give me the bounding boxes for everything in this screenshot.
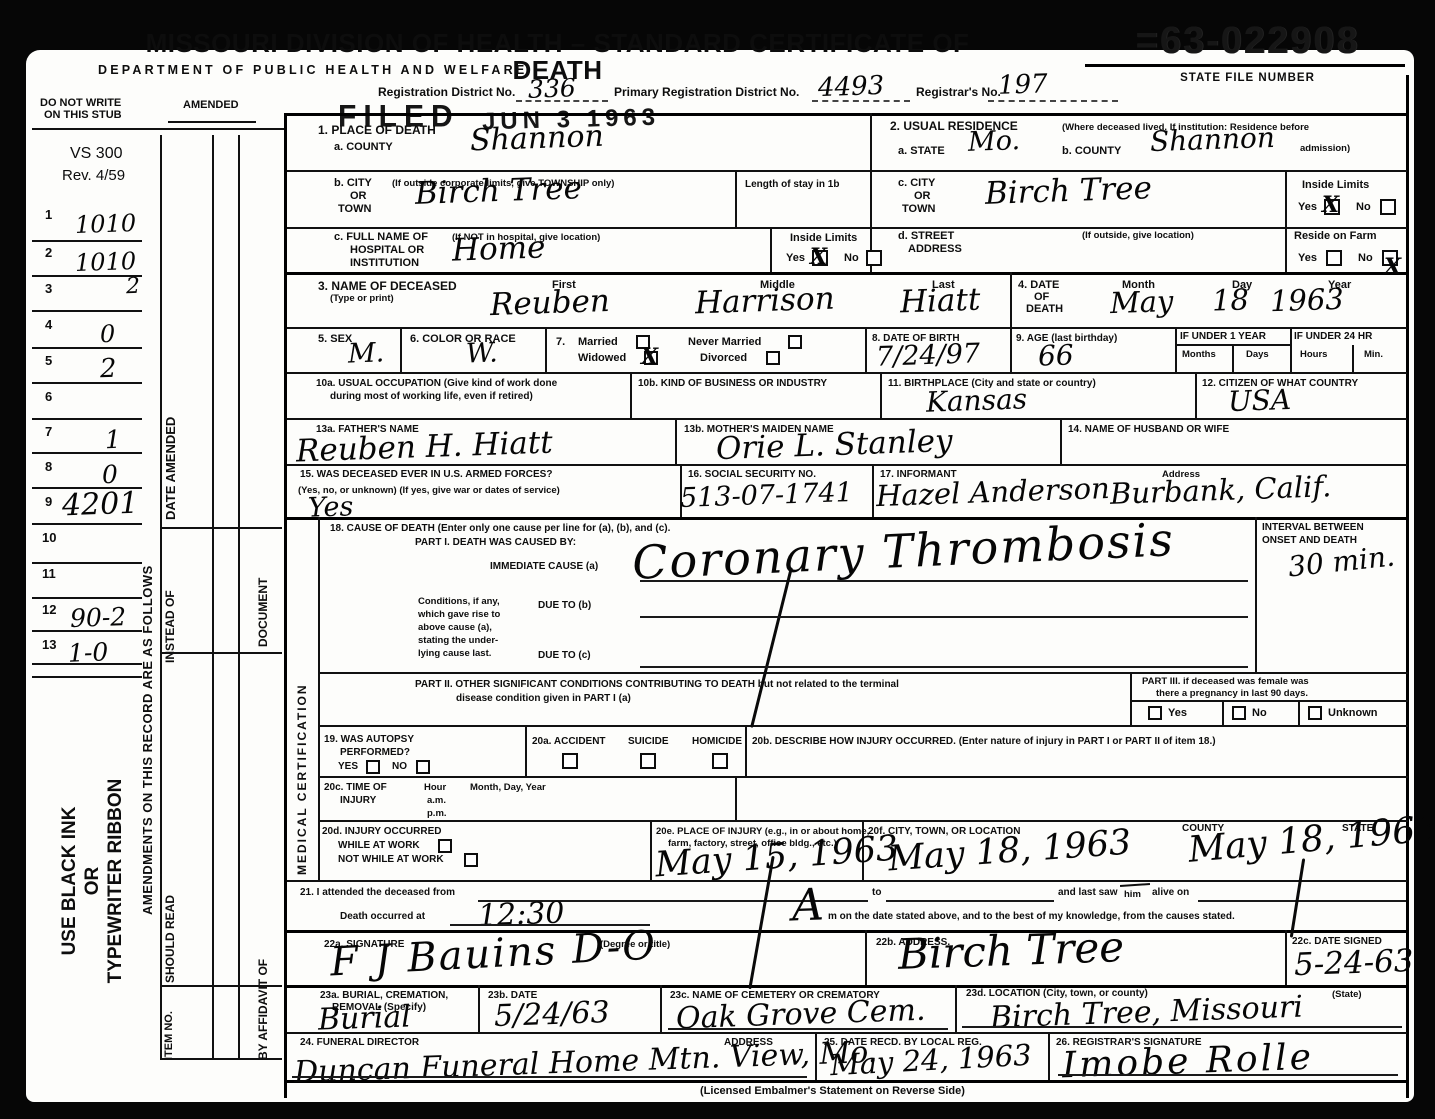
medical-certification-vertical: MEDICAL CERTIFICATION — [295, 545, 309, 875]
field-14-label: 14. NAME OF HUSBAND OR WIFE — [1068, 425, 1229, 436]
inside-limits-2-no-checkbox[interactable] — [1380, 199, 1396, 215]
autopsy-no-checkbox[interactable] — [416, 760, 430, 774]
field-21-last-saw: and last saw — [1058, 888, 1117, 899]
state-file-number: =63-022908 — [1090, 20, 1405, 63]
stub-col-line — [238, 135, 240, 1060]
form-cell-line — [1175, 327, 1177, 372]
field-21-attended-label: 21. I attended the deceased from — [300, 888, 455, 899]
accident-checkbox[interactable] — [562, 753, 578, 769]
field-7-never: Never Married — [688, 337, 761, 349]
field-15-value: Yes — [308, 493, 354, 522]
form-line — [287, 464, 1407, 466]
reside-on-farm-no-mark: X — [1384, 256, 1401, 278]
field-24-label: 24. FUNERAL DIRECTOR — [300, 1038, 419, 1049]
field-19-label2: PERFORMED? — [340, 748, 410, 759]
conditions-note2: which gave rise to — [418, 610, 500, 620]
field-23a-value: Burial — [318, 1002, 412, 1035]
field-3-note: (Type or print) — [330, 294, 394, 304]
field-13b-value: Orie L. Stanley — [716, 426, 954, 465]
reside-on-farm-yes-checkbox[interactable] — [1326, 250, 1342, 266]
not-while-at-work-label: NOT WHILE AT WORK — [338, 855, 444, 866]
field-19-label1: 19. WAS AUTOPSY — [324, 735, 414, 746]
death-suffix: m on the date stated above, and to the b… — [828, 912, 1235, 923]
form-line — [287, 170, 1407, 172]
field-1b-label: b. CITY — [334, 178, 372, 190]
form-cell-line — [1130, 700, 1408, 702]
stub-row-no: 4 — [45, 318, 52, 332]
inside-limits-1-yes-mark: X — [810, 246, 827, 268]
form-cell-line — [1175, 344, 1290, 346]
inside-limits-2-yes-mark: X — [1322, 194, 1339, 216]
form-line — [284, 113, 1409, 116]
form-cell-line — [1130, 672, 1132, 725]
department-subtitle: DEPARTMENT OF PUBLIC HEALTH AND WELFARE — [98, 64, 527, 77]
field-1-label: 1. PLACE OF DEATH — [318, 124, 436, 137]
form-cell-line — [955, 985, 957, 1032]
field-2a-value: Mo. — [968, 127, 1021, 156]
stub-row-value: 0 — [100, 322, 116, 347]
homicide-label: HOMICIDE — [692, 737, 742, 748]
form-cell-line — [1222, 700, 1224, 725]
inside-limits-1-label: Inside Limits — [790, 233, 857, 245]
form-cell-line — [880, 372, 882, 418]
conditions-note3: above cause (a), — [418, 623, 492, 633]
field-1a-label: a. COUNTY — [334, 142, 393, 154]
due-to-c-label: DUE TO (c) — [538, 651, 591, 662]
autopsy-yes-label: YES — [338, 762, 358, 773]
death-am-value: A — [791, 883, 824, 928]
stub-revision: Rev. 4/59 — [62, 168, 125, 184]
stub-table-line — [160, 527, 282, 529]
form-line — [318, 672, 1408, 674]
field-2d-label2: ADDRESS — [908, 244, 962, 256]
stub-row-line — [32, 630, 142, 632]
form-line — [287, 227, 1407, 229]
stub-row-no: 11 — [42, 567, 56, 581]
if-under-24hr-label: IF UNDER 24 HR — [1294, 332, 1372, 343]
form-cell-line — [1195, 372, 1197, 418]
field-1b-value: Birch Tree — [415, 173, 583, 210]
month-day-year-label: Month, Day, Year — [470, 783, 546, 793]
registrar-no-value: 197 — [998, 71, 1049, 99]
field-15-label: 15. WAS DECEASED EVER IN U.S. ARMED FORC… — [300, 470, 552, 481]
never-married-checkbox[interactable] — [788, 335, 802, 349]
stub-row-line — [32, 562, 142, 564]
registration-district-label: Registration District No. — [378, 86, 515, 99]
stub-row-line — [32, 240, 142, 242]
inside-limits-2-label: Inside Limits — [1302, 180, 1369, 192]
stub-row-value: 0 — [102, 462, 119, 488]
divorced-checkbox[interactable] — [766, 351, 780, 365]
stub-date-amended-vertical: DATE AMENDED — [163, 150, 178, 520]
form-cell-line — [1255, 517, 1257, 672]
stub-do-not-write-2: ON THIS STUB — [44, 110, 122, 122]
stub-row-value: 4201 — [61, 489, 138, 522]
stub-row-no: 5 — [45, 354, 52, 368]
field-9-value: 66 — [1038, 341, 1075, 370]
conditions-note1: Conditions, if any, — [418, 597, 500, 607]
pregnancy-no-checkbox[interactable] — [1232, 706, 1246, 720]
if-under-1-year-label: IF UNDER 1 YEAR — [1180, 332, 1266, 343]
field-2c-label: c. CITY — [898, 178, 935, 190]
pregnancy-unknown-checkbox[interactable] — [1308, 706, 1322, 720]
stub-row-line — [32, 418, 142, 420]
immediate-cause-label: IMMEDIATE CAUSE (a) — [490, 562, 598, 573]
stub-row-no: 7 — [45, 425, 52, 439]
field-7-label: 7. — [556, 337, 565, 349]
death-occurred-label: Death occurred at — [340, 912, 425, 923]
hour-label: Hour — [424, 783, 446, 793]
stub-row-value: 1 — [105, 427, 122, 453]
stub-instead-of-vertical: INSTEAD OF — [163, 578, 177, 663]
form-cell-line — [675, 418, 677, 464]
stub-table-line — [160, 652, 282, 654]
attended-line3 — [1198, 900, 1406, 902]
field-5-value: M. — [348, 339, 385, 367]
form-cell-line — [630, 372, 632, 418]
form-cell-line — [745, 725, 747, 776]
inside-limits-1-yes: Yes — [786, 253, 805, 265]
homicide-checkbox[interactable] — [712, 753, 728, 769]
stub-row-line — [32, 676, 142, 678]
field-2-note2: admission) — [1300, 144, 1350, 154]
form-cell-line — [770, 227, 772, 272]
field-3-label: 3. NAME OF DECEASED — [318, 280, 457, 293]
stub-row-no: 6 — [45, 390, 52, 404]
degree-or-title-label: (Degree or title) — [600, 940, 670, 950]
form-cell-line — [1048, 1032, 1050, 1080]
field-4-year-value: 1963 — [1270, 285, 1345, 317]
form-cell-line — [1010, 272, 1012, 372]
form-cell-line — [735, 170, 737, 227]
state-note-label: (State) — [1332, 990, 1362, 1000]
stub-row-value: 1-0 — [68, 639, 109, 665]
form-cell-line — [1352, 345, 1354, 372]
funeral-director-line — [292, 1076, 807, 1078]
stub-row-no: 1 — [45, 208, 52, 222]
conditions-note4: stating the under- — [418, 636, 498, 646]
field-2c-or: OR — [914, 191, 931, 203]
stub-row-no: 3 — [45, 282, 52, 296]
stub-row-value: 1010 — [75, 249, 137, 275]
field-21-alive-on: alive on — [1152, 888, 1189, 899]
field-21-him: him — [1124, 890, 1141, 900]
min-label: Min. — [1364, 350, 1383, 360]
stub-do-not-write-1: DO NOT WRITE — [40, 98, 121, 110]
form-cell-line — [1060, 418, 1062, 464]
form-cell-line — [545, 327, 547, 372]
stub-row-no: 2 — [45, 246, 52, 260]
form-line — [284, 272, 1409, 275]
stub-col-line — [160, 135, 162, 1060]
field-18-label: 18. CAUSE OF DEATH (Enter only one cause… — [330, 524, 670, 535]
primary-district-value: 4493 — [818, 73, 885, 101]
while-at-work-checkbox[interactable] — [438, 839, 452, 853]
primary-district-label: Primary Registration District No. — [614, 86, 799, 99]
stub-by-affidavit-vertical: BY AFFIDAVIT OF — [256, 928, 270, 1060]
field-1c-label: c. FULL NAME OF — [334, 232, 428, 244]
field-2c-town: TOWN — [902, 204, 935, 216]
days-label: Days — [1246, 350, 1269, 360]
field-2a-label: a. STATE — [898, 146, 945, 158]
stub-row-no: 13 — [42, 638, 56, 652]
field-17-name: Hazel Anderson — [876, 474, 1111, 511]
field-1b-or: OR — [350, 191, 367, 203]
part3-label2: there a pregnancy in last 90 days. — [1156, 689, 1308, 699]
field-2d-label: d. STREET — [898, 231, 954, 243]
stub-row-line — [32, 382, 142, 384]
form-cell-line — [872, 464, 874, 517]
stub-form-no: VS 300 — [70, 146, 122, 163]
field-12-value: USA — [1228, 386, 1292, 416]
stub-amended-underline — [168, 121, 256, 123]
use-black-ink-line2: OR — [82, 867, 103, 896]
part3-label1: PART III. if deceased was female was — [1142, 677, 1309, 687]
form-cell-line — [660, 985, 662, 1032]
form-cell-line — [865, 327, 867, 372]
field-20b-label: 20b. DESCRIBE HOW INJURY OCCURRED. (Ente… — [752, 737, 1216, 748]
field-8-value: 7/24/97 — [876, 340, 981, 371]
stub-row-line — [32, 663, 142, 665]
field-22b-value: Birch Tree — [897, 926, 1124, 976]
field-7-widowed: Widowed — [578, 353, 626, 365]
form-line — [287, 880, 1407, 882]
field-1a-value: Shannon — [470, 122, 605, 157]
stub-row-no: 10 — [42, 531, 56, 545]
form-line — [284, 985, 1409, 988]
field-23b-value: 5/24/63 — [494, 998, 611, 1032]
field-11-value: Kansas — [926, 385, 1028, 417]
suicide-checkbox[interactable] — [640, 753, 656, 769]
inside-limits-1-no: No — [844, 253, 859, 265]
field-3-last-value: Hiatt — [899, 285, 980, 319]
field-1b-town: TOWN — [338, 204, 371, 216]
form-line — [287, 372, 1407, 374]
field-4-day-value: 18 — [1212, 285, 1250, 315]
inside-limits-2-no: No — [1356, 202, 1371, 214]
form-cell-line — [1232, 345, 1234, 372]
medical-strip-line — [318, 517, 320, 880]
field-6-value: W. — [466, 339, 499, 367]
pregnancy-yes-label: Yes — [1168, 708, 1187, 720]
field-16-value: 513-07-1741 — [680, 479, 854, 512]
stub-row-value: 1010 — [75, 211, 137, 237]
field-20d-label: 20d. INJURY OCCURRED — [322, 827, 441, 838]
autopsy-no-label: NO — [392, 762, 407, 773]
field-2b-value: Shannon — [1150, 124, 1276, 156]
form-line — [318, 725, 1408, 727]
am-label: a.m. — [427, 796, 446, 806]
part2-label2: disease condition given in PART I (a) — [456, 694, 631, 705]
attended-line2 — [886, 900, 1054, 902]
pregnancy-unknown-label: Unknown — [1328, 708, 1378, 720]
field-10b-label: 10b. KIND OF BUSINESS OR INDUSTRY — [638, 379, 827, 390]
field-1c-value: Home — [451, 232, 545, 266]
field-1c-label2: HOSPITAL OR — [350, 245, 424, 257]
form-cell-line — [735, 776, 737, 820]
form-left-border — [284, 113, 287, 1098]
field-17-address: Burbank, Calif. — [1110, 472, 1332, 509]
part2-label1: PART II. OTHER SIGNIFICANT CONDITIONS CO… — [415, 680, 899, 691]
field-20c-label1: 20c. TIME OF — [324, 783, 387, 794]
form-cell-line — [1285, 170, 1287, 272]
state-file-label: STATE FILE NUMBER — [1090, 72, 1405, 84]
form-cell-line — [870, 113, 872, 272]
stub-row-value: 2 — [126, 276, 141, 298]
stub-item-no-vertical: ITEM NO. — [163, 990, 175, 1060]
stub-row-value: 90-2 — [70, 604, 127, 631]
stub-col-line — [212, 135, 214, 1060]
widowed-mark: X — [641, 346, 658, 368]
reside-on-farm-no: No — [1358, 253, 1373, 265]
stub-row-no: 8 — [45, 460, 52, 474]
stub-row-line — [32, 310, 142, 312]
form-cell-line — [525, 725, 527, 776]
suicide-label: SUICIDE — [628, 737, 669, 748]
use-black-ink-note: USE BLACK INK OR TYPEWRITER RIBBON — [59, 748, 131, 1014]
field-10a-label1: 10a. USUAL OCCUPATION (Give kind of work… — [316, 379, 557, 390]
stub-header-underline — [32, 128, 285, 130]
stub-amended-header: AMENDED — [183, 100, 239, 112]
form-line — [287, 418, 1407, 420]
field-2d-note: (If outside, give location) — [1082, 231, 1194, 241]
cemetery-line — [668, 1028, 948, 1030]
form-line — [287, 327, 1407, 329]
pm-label: p.m. — [427, 809, 447, 819]
field-7-married: Married — [578, 337, 618, 349]
embalmer-note: (Licensed Embalmer's Statement on Revers… — [700, 1086, 965, 1098]
form-cell-line — [1285, 930, 1287, 985]
due-to-c-line — [640, 666, 1248, 668]
field-20c-label2: INJURY — [340, 796, 376, 807]
registrar-no-label: Registrar's No. — [916, 86, 1001, 99]
stub-table-line — [160, 1058, 282, 1060]
pregnancy-yes-checkbox[interactable] — [1148, 706, 1162, 720]
stub-document-vertical: DOCUMENT — [256, 522, 270, 647]
due-to-b-line — [640, 616, 1248, 618]
months-label: Months — [1182, 350, 1216, 360]
registrar-signature-line — [1058, 1074, 1398, 1076]
scanned-death-certificate: MISSOURI DIVISION OF HEALTH – STANDARD C… — [0, 0, 1435, 1119]
stub-row-line — [32, 347, 142, 349]
form-line — [287, 1032, 1407, 1034]
while-at-work-label: WHILE AT WORK — [338, 841, 420, 852]
stub-table-line — [160, 985, 282, 987]
death-time-value: 12:30 — [478, 899, 565, 932]
stub-row-no: 9 — [45, 495, 52, 509]
stub-row-line — [32, 452, 142, 454]
form-cell-line — [400, 327, 402, 372]
field-22c-value: 5-24-63 — [1293, 946, 1414, 981]
field-13a-value: Reuben H. Hiatt — [296, 428, 554, 468]
field-4-month-value: May — [1110, 287, 1174, 318]
not-while-at-work-checkbox[interactable] — [464, 853, 478, 867]
field-1c-label3: INSTITUTION — [350, 258, 419, 270]
stub-should-read-vertical: SHOULD READ — [163, 858, 177, 983]
field-4-label3: DEATH — [1026, 304, 1063, 316]
use-black-ink-line1: USE BLACK INK — [59, 807, 80, 956]
form-cell-line — [1298, 700, 1300, 725]
field-3-first-value: Reuben — [489, 286, 610, 321]
field-7-divorced: Divorced — [700, 353, 747, 365]
stub-row-line — [32, 597, 142, 599]
location-line — [962, 1026, 1402, 1028]
field-2b-label: b. COUNTY — [1062, 146, 1121, 158]
form-line — [284, 517, 1409, 520]
field-2c-value: Birch Tree — [985, 173, 1153, 210]
stub-amendments-vertical: AMENDMENTS ON THIS RECORD ARE AS FOLLOWS — [140, 395, 155, 915]
inside-limits-2-yes: Yes — [1298, 202, 1317, 214]
autopsy-yes-checkbox[interactable] — [366, 760, 380, 774]
use-black-ink-line3: TYPEWRITER RIBBON — [105, 779, 126, 984]
registrar-signature: Imobe Rolle — [1061, 1040, 1314, 1085]
due-to-b-label: DUE TO (b) — [538, 601, 591, 612]
pregnancy-no-label: No — [1252, 708, 1267, 720]
field-4-label1: 4. DATE — [1018, 280, 1059, 292]
registration-district-value: 336 — [528, 75, 577, 102]
form-line — [318, 776, 1408, 778]
field-10a-label2: during most of working life, even if ret… — [330, 392, 533, 403]
field-6-label: 6. COLOR OR RACE — [410, 334, 516, 346]
stub-row-value: 2 — [100, 356, 117, 383]
conditions-note5: lying cause last. — [418, 649, 491, 659]
field-20a-label: 20a. ACCIDENT — [532, 737, 606, 748]
hours-label: Hours — [1300, 350, 1327, 360]
inside-limits-1-no-checkbox[interactable] — [866, 250, 882, 266]
field-3-middle-value: Harrison — [695, 284, 836, 320]
field-4-label2: OF — [1034, 292, 1049, 304]
form-cell-line — [865, 930, 867, 985]
state-file-underline — [1085, 64, 1405, 67]
form-cell-line — [478, 985, 480, 1032]
stub-row-no: 12 — [42, 603, 56, 617]
field-21-to-label: to — [872, 888, 881, 899]
length-of-stay-label: Length of stay in 1b — [745, 180, 839, 191]
reside-on-farm-label: Reside on Farm — [1294, 231, 1377, 243]
form-cell-line — [650, 820, 652, 880]
form-cell-line — [1290, 327, 1292, 372]
stub-row-line — [32, 523, 142, 525]
reside-on-farm-yes: Yes — [1298, 253, 1317, 265]
part1-label: PART I. DEATH WAS CAUSED BY: — [415, 538, 576, 549]
interval-label1: INTERVAL BETWEEN — [1262, 523, 1364, 534]
